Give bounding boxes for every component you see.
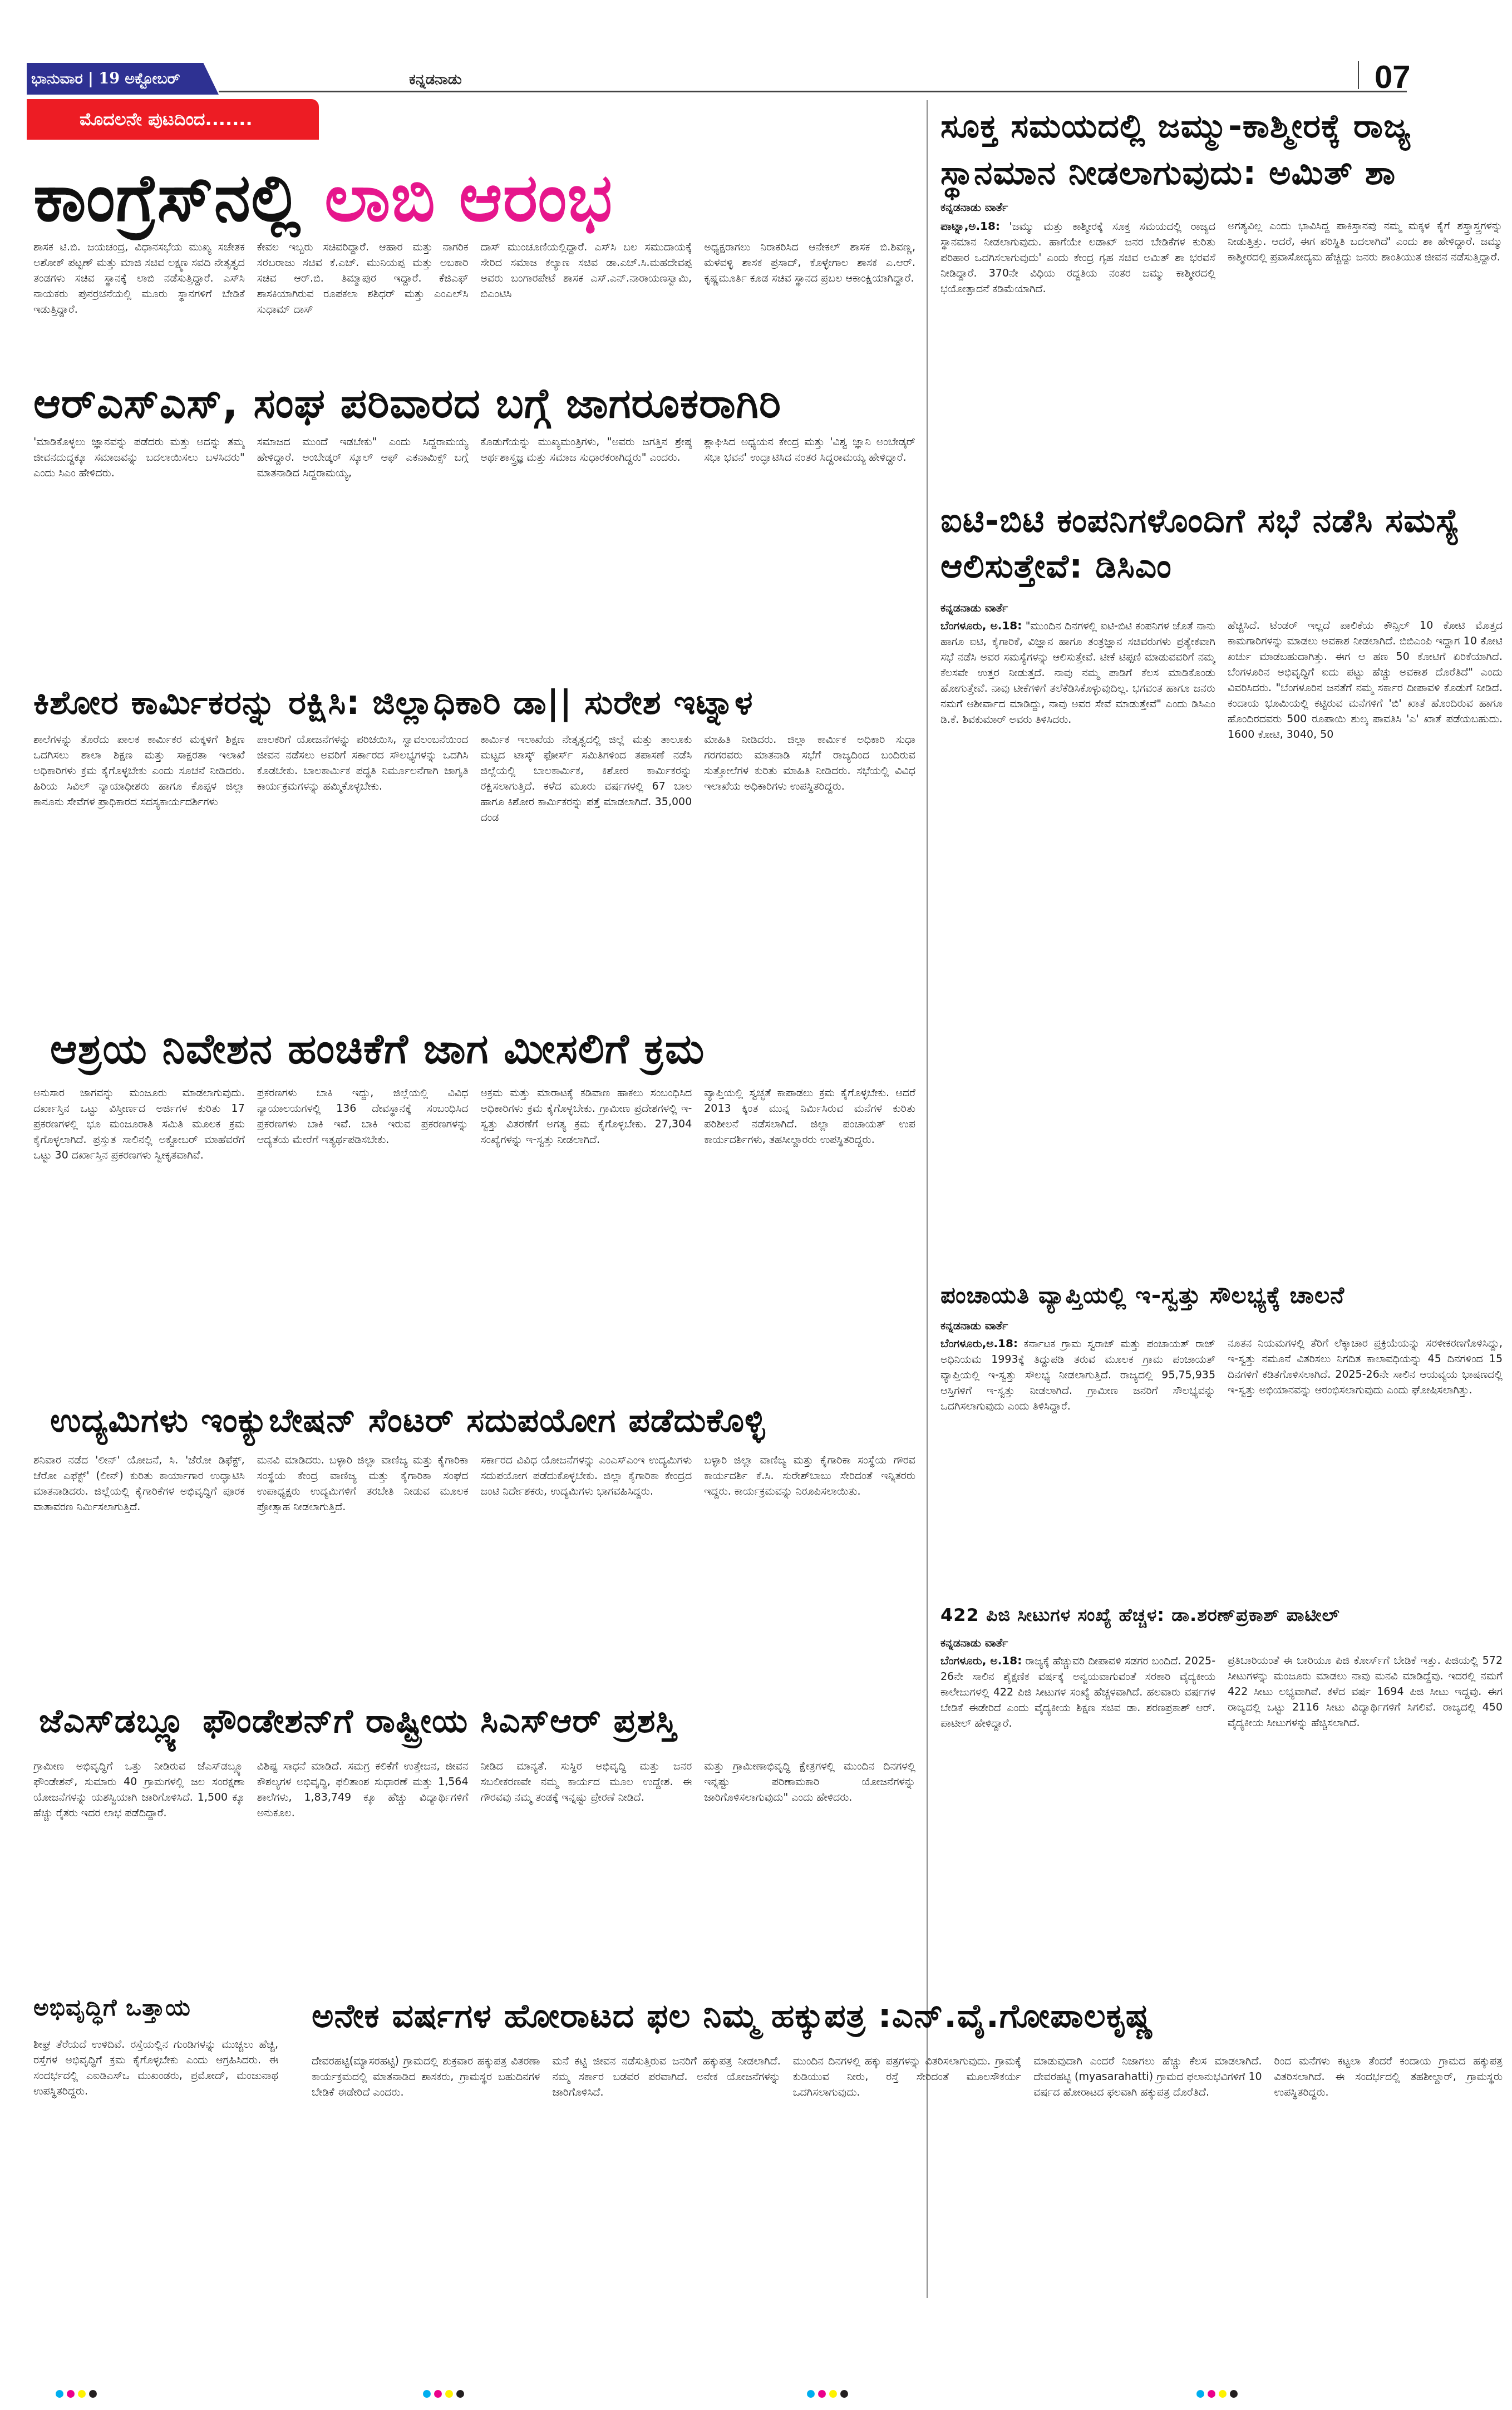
- amit-shah-col-1: ಪಾಟ್ನಾ,ಅ.18: 'ಜಮ್ಮು ಮತ್ತು ಕಾಶ್ಮೀರಕ್ಕೆ ಸೂ…: [940, 218, 1215, 463]
- lead-headline: ಕಾಂಗ್ರೆಸ್‌ನಲ್ಲಿ ಲಾಬಿ ಆರಂಭ: [33, 159, 613, 236]
- kishora-headline: ಕಿಶೋರ ಕಾರ್ಮಿಕರನ್ನು ರಕ್ಷಿಸಿ: ಜಿಲ್ಲಾಧಿಕಾರಿ…: [33, 682, 753, 724]
- pg-seats-headline: 422 ಪಿಜಿ ಸೀಟುಗಳ ಸಂಖ್ಯೆ ಹೆಚ್ಚಳ: ಡಾ.ಶರಣ್‌ಪ…: [940, 1603, 1340, 1627]
- print-registration-dots-right: [1196, 2390, 1238, 2401]
- dcm-article-body: ಬೆಂಗಳೂರು, ಅ.18: "ಮುಂದಿನ ದಿನಗಳಲ್ಲಿ ಐಟಿ-ಬಿ…: [940, 618, 1503, 1274]
- hakku-col-1: ದೇವರಹಟ್ಟಿ(ಮ್ಯಾಸರಹಟ್ಟಿ) ಗ್ರಾಮದಲ್ಲಿ ಶುಕ್ರವ…: [312, 2053, 540, 2382]
- amit-shah-byline: ಕನ್ನಡನಾಡು ವಾರ್ತೆ: [940, 200, 1503, 214]
- pg-seats-byline-text: ಕನ್ನಡನಾಡು ವಾರ್ತೆ: [940, 1636, 1008, 1649]
- cyan-dot: [423, 2390, 431, 2398]
- rss-col-2: ಸಮಾಜದ ಮುಂದೆ ಇಡಬೇಕು" ಎಂದು ಸಿದ್ದರಾಮಯ್ಯ ಹೇಳ…: [257, 434, 469, 673]
- incubation-col-3: ಸರ್ಕಾರದ ವಿವಿಧ ಯೋಜನೆಗಳನ್ನು ಎಂಎಸ್‌ಎಂಇ ಉದ್ಯ…: [481, 1452, 692, 1697]
- magenta-dot: [434, 2390, 442, 2398]
- pg-seats-dateline: ಬೆಂಗಳೂರು, ಅ.18:: [940, 1654, 1022, 1667]
- panchayat-col-2: ನೂತನ ನಿಯಮಗಳಲ್ಲಿ ತೆರಿಗೆ ಲೆಕ್ಕಾಚಾರ ಪ್ರಕ್ರಿ…: [1228, 1335, 1503, 1591]
- panchayat-article-body: ಬೆಂಗಳೂರು,ಅ.18: ಕರ್ನಾಟಕ ಗ್ರಾಮ ಸ್ವರಾಜ್ ಮತ್…: [940, 1335, 1503, 1591]
- rss-headline: ಆರ್‌ಎಸ್‌ಎಸ್, ಸಂಘ ಪರಿವಾರದ ಬಗ್ಗೆ ಜಾಗರೂಕರಾಗ…: [33, 378, 781, 428]
- ashraya-headline: ಆಶ್ರಯ ನಿವೇಶನ ಹಂಚಿಕೆಗೆ ಜಾಗ ಮೀಸಲಿಗೆ ಕ್ರಮ: [50, 1024, 705, 1074]
- rss-col-1: 'ಮಾಡಿಕೊಳ್ಳಲು ಜ್ಞಾನವನ್ನು ಪಡೆದರು ಮತ್ತು ಅದನ…: [33, 434, 245, 673]
- kishora-col-4: ಮಾಹಿತಿ ನೀಡಿದರು. ಜಿಲ್ಲಾ ಕಾರ್ಮಿಕ ಅಧಿಕಾರಿ ಸ…: [704, 732, 915, 1010]
- ashraya-col-2: ಪ್ರಕರಣಗಳು ಬಾಕಿ ಇದ್ದು, ಜಿಲ್ಲೆಯಲ್ಲಿ ವಿವಿಧ …: [257, 1085, 469, 1386]
- panchayat-byline: ಕನ್ನಡನಾಡು ವಾರ್ತೆ: [940, 1319, 1503, 1332]
- dcm-col-1-text: "ಮುಂದಿನ ದಿನಗಳಲ್ಲಿ ಐಟಿ-ಬಿಟಿ ಕಂಪನಿಗಳ ಜೊತೆ …: [940, 620, 1215, 726]
- jsw-col-1: ಗ್ರಾಮೀಣ ಅಭಿವೃದ್ಧಿಗೆ ಒತ್ತು ನೀಡಿರುವ ಜೆಎಸ್‌…: [33, 1758, 245, 1975]
- amit-shah-article-body: ಪಾಟ್ನಾ,ಅ.18: 'ಜಮ್ಮು ಮತ್ತು ಕಾಶ್ಮೀರಕ್ಕೆ ಸೂ…: [940, 218, 1503, 463]
- panchayat-byline-text: ಕನ್ನಡನಾಡು ವಾರ್ತೆ: [940, 1319, 1008, 1332]
- pg-seats-article-body: ಬೆಂಗಳೂರು, ಅ.18: ರಾಜ್ಯಕ್ಕೆ ಹೆಚ್ಚುವರಿ ದೀಪಾ…: [940, 1653, 1503, 1975]
- kishora-col-3: ಕಾರ್ಮಿಕ ಇಲಾಖೆಯ ನೇತೃತ್ವದಲ್ಲಿ ಜಿಲ್ಲೆ ಮತ್ತು…: [481, 732, 692, 1010]
- lead-col-3: ದಾಸ್ ಮುಂಚೂಣಿಯಲ್ಲಿದ್ದಾರೆ. ಎಸ್‌ಸಿ ಬಲ ಸಮುದಾ…: [481, 239, 692, 367]
- lead-col-2: ಕೇವಲ ಇಬ್ಬರು ಸಚಿವರಿದ್ದಾರೆ. ಆಹಾರ ಮತ್ತು ನಾಗ…: [257, 239, 469, 367]
- panchayat-dateline: ಬೆಂಗಳೂರು,ಅ.18:: [940, 1337, 1018, 1350]
- hakku-article-body: ದೇವರಹಟ್ಟಿ(ಮ್ಯಾಸರಹಟ್ಟಿ) ಗ್ರಾಮದಲ್ಲಿ ಶುಕ್ರವ…: [312, 2053, 1503, 2382]
- incubation-article-body: ಶನಿವಾರ ನಡೆದ 'ಲೀನ್' ಯೋಜನೆ, ಸಿ. 'ಜೆರೋ ಡಿಫೆ…: [33, 1452, 915, 1697]
- page-number-divider: [1358, 61, 1359, 89]
- lead-headline-black: ಕಾಂಗ್ರೆಸ್‌ನಲ್ಲಿ: [33, 159, 301, 236]
- amit-shah-col-2: ಅಗತ್ಯವಿಲ್ಲ ಎಂದು ಭಾವಿಸಿದ್ದ ಪಾಕಿಸ್ತಾನವು ನಮ…: [1228, 218, 1503, 463]
- cyan-dot: [807, 2390, 815, 2398]
- print-registration-dots-mid2: [807, 2390, 848, 2401]
- masthead-logo: ಕನ್ನಡನಾಡು: [409, 71, 462, 88]
- lead-article-body: ಶಾಸಕ ಟಿ.ಬಿ. ಜಯಚಂದ್ರ, ವಿಧಾನಸಭೆಯ ಮುಖ್ಯ ಸಚೇ…: [33, 239, 915, 367]
- incubation-col-4: ಬಳ್ಳಾರಿ ಜಿಲ್ಲಾ ವಾಣಿಜ್ಯ ಮತ್ತು ಕೈಗಾರಿಕಾ ಸಂ…: [704, 1452, 915, 1697]
- ashraya-col-3: ಅಕ್ರಮ ಮತ್ತು ಮಾರಾಟಕ್ಕೆ ಕಡಿವಾಣ ಹಾಕಲು ಸಂಬಂಧ…: [481, 1085, 692, 1386]
- dcm-byline-text: ಕನ್ನಡನಾಡು ವಾರ್ತೆ: [940, 601, 1008, 614]
- ashraya-article-body: ಅನುಸಾರ ಜಾಗವನ್ನು ಮಂಜೂರು ಮಾಡಲಾಗುವುದು. ದರ್ಖ…: [33, 1085, 915, 1386]
- magenta-dot: [67, 2390, 75, 2398]
- cyan-dot: [56, 2390, 63, 2398]
- abhivruddhi-headline: ಅಭಿವೃದ್ಧಿಗೆ ಒತ್ತಾಯ: [33, 1992, 191, 2023]
- hakku-col-2: ಮನೆ ಕಟ್ಟಿ ಜೀವನ ನಡೆಸುತ್ತಿರುವ ಜನರಿಗೆ ಹಕ್ಕು…: [552, 2053, 780, 2382]
- page-number: 07: [1375, 58, 1411, 96]
- kishora-col-1: ಶಾಲೆಗಳನ್ನು ತೊರೆದು ಪಾಲಕ ಕಾರ್ಮಿಕರ ಮಕ್ಕಳಿಗೆ…: [33, 732, 245, 1010]
- incubation-col-1: ಶನಿವಾರ ನಡೆದ 'ಲೀನ್' ಯೋಜನೆ, ಸಿ. 'ಜೆರೋ ಡಿಫೆ…: [33, 1452, 245, 1697]
- jsw-col-4: ಮತ್ತು ಗ್ರಾಮೀಣಾಭಿವೃದ್ಧಿ ಕ್ಷೇತ್ರಗಳಲ್ಲಿ ಮುಂ…: [704, 1758, 915, 1975]
- pg-seats-byline: ಕನ್ನಡನಾಡು ವಾರ್ತೆ: [940, 1636, 1503, 1649]
- jsw-article-body: ಗ್ರಾಮೀಣ ಅಭಿವೃದ್ಧಿಗೆ ಒತ್ತು ನೀಡಿರುವ ಜೆಎಸ್‌…: [33, 1758, 915, 1975]
- rss-col-3: ಕೊಡುಗೆಯನ್ನು ಮುಖ್ಯಮಂತ್ರಿಗಳು, "ಅವರು ಜಗತ್ತಿ…: [481, 434, 692, 673]
- abhivruddhi-body: ಶೀಘ್ರ ತೆರೆಯದೆ ಉಳಿದಿವೆ. ರಸ್ತೆಯಲ್ಲಿನ ಗುಂಡಿ…: [33, 2037, 278, 2382]
- print-registration-dots-left: [56, 2390, 97, 2401]
- cyan-dot: [1196, 2390, 1204, 2398]
- hakku-col-5: ರಿಂದ ಮನೆಗಳು ಕಟ್ಟಲಾ ತೆಂದರೆ ಕಂದಾಯ ಗ್ರಾಮದ ಹ…: [1274, 2053, 1503, 2382]
- dcm-col-2: ಹೆಚ್ಚಿಸಿದೆ. ಟೆಂಡರ್ ಇಲ್ಲದೆ ಪಾಲಿಕೆಯ ಕೌನ್ಸಿ…: [1228, 618, 1503, 1274]
- ashraya-col-4: ವ್ಯಾಪ್ತಿಯಲ್ಲಿ ಸ್ವಚ್ಛತೆ ಕಾಪಾಡಲು ಕ್ರಮ ಕೈಗೊ…: [704, 1085, 915, 1386]
- hakku-col-4: ಮಾಡುವುದಾಗಿ ಎಂದರೆ ನಿಜಾಗಲು ಹೆಚ್ಚು ಕೆಲಸ ಮಾಡ…: [1033, 2053, 1262, 2382]
- amit-shah-headline: ಸೂಕ್ತ ಸಮಯದಲ್ಲಿ ಜಮ್ಮು-ಕಾಶ್ಮೀರಕ್ಕೆ ರಾಜ್ಯ ಸ…: [940, 103, 1503, 196]
- ashraya-col-1: ಅನುಸಾರ ಜಾಗವನ್ನು ಮಂಜೂರು ಮಾಡಲಾಗುವುದು. ದರ್ಖ…: [33, 1085, 245, 1386]
- print-registration-dots-mid1: [423, 2390, 464, 2401]
- dcm-headline: ಐಟಿ-ಬಿಟಿ ಕಂಪನಿಗಳೊಂದಿಗೆ ಸಭೆ ನಡೆಸಿ ಸಮಸ್ಯೆ …: [940, 498, 1503, 589]
- panchayat-headline: ಪಂಚಾಯತಿ ವ್ಯಾಪ್ತಿಯಲ್ಲಿ ಇ-ಸ್ವತ್ತು ಸೌಲಭ್ಯಕ್…: [940, 1280, 1344, 1311]
- yellow-dot: [829, 2390, 837, 2398]
- black-dot: [89, 2390, 97, 2398]
- header-rule: [219, 91, 1407, 92]
- panchayat-col-1: ಬೆಂಗಳೂರು,ಅ.18: ಕರ್ನಾಟಕ ಗ್ರಾಮ ಸ್ವರಾಜ್ ಮತ್…: [940, 1335, 1215, 1591]
- magenta-dot: [818, 2390, 826, 2398]
- dcm-byline: ಕನ್ನಡನಾಡು ವಾರ್ತೆ: [940, 601, 1503, 614]
- jsw-headline: ಜೆಎಸ್‌ಡಬ್ಲ್ಯೂ ಫೌಂಡೇಶನ್‌ಗೆ ರಾಷ್ಟ್ರೀಯ ಸಿಎಸ…: [39, 1700, 677, 1742]
- date-banner: ಭಾನುವಾರ | 19 ಅಕ್ಟೋಬರ್ 2025: [27, 63, 219, 95]
- incubation-col-2: ಮನವಿ ಮಾಡಿದರು. ಬಳ್ಳಾರಿ ಜಿಲ್ಲಾ ವಾಣಿಜ್ಯ ಮತ್…: [257, 1452, 469, 1697]
- amit-shah-dateline: ಪಾಟ್ನಾ,ಅ.18:: [940, 219, 1000, 233]
- magenta-dot: [1208, 2390, 1215, 2398]
- incubation-headline: ಉದ್ಯಮಿಗಳು ಇಂಕ್ಯುಬೇಷನ್ ಸೆಂಟರ್ ಸದುಪಯೋಗ ಪಡೆ…: [50, 1399, 765, 1442]
- pg-seats-col-1: ಬೆಂಗಳೂರು, ಅ.18: ರಾಜ್ಯಕ್ಕೆ ಹೆಚ್ಚುವರಿ ದೀಪಾ…: [940, 1653, 1215, 1975]
- lead-col-1: ಶಾಸಕ ಟಿ.ಬಿ. ಜಯಚಂದ್ರ, ವಿಧಾನಸಭೆಯ ಮುಖ್ಯ ಸಚೇ…: [33, 239, 245, 367]
- rss-col-4: ಶ್ಲಾಘಿಸಿದ ಅಧ್ಯಯನ ಕೇಂದ್ರ ಮತ್ತು 'ವಿಶ್ವ ಜ್ಞ…: [704, 434, 915, 673]
- yellow-dot: [445, 2390, 453, 2398]
- kishora-article-body: ಶಾಲೆಗಳನ್ನು ತೊರೆದು ಪಾಲಕ ಕಾರ್ಮಿಕರ ಮಕ್ಕಳಿಗೆ…: [33, 732, 915, 1010]
- hakku-col-3: ಮುಂದಿನ ದಿನಗಳಲ್ಲಿ ಹಕ್ಕು ಪತ್ರಗಳನ್ನು ವಿತರಿಸ…: [793, 2053, 1021, 2382]
- column-divider: [927, 100, 928, 2298]
- pg-seats-col-2: ಪ್ರತಿಬಾರಿಯಂತೆ ಈ ಬಾರಿಯೂ ಪಿಜಿ ಕೋರ್ಸ್‌ಗೆ ಬೇ…: [1228, 1653, 1503, 1975]
- dcm-dateline: ಬೆಂಗಳೂರು, ಅ.18:: [940, 619, 1022, 632]
- yellow-dot: [78, 2390, 86, 2398]
- rss-article-body: 'ಮಾಡಿಕೊಳ್ಳಲು ಜ್ಞಾನವನ್ನು ಪಡೆದರು ಮತ್ತು ಅದನ…: [33, 434, 915, 673]
- black-dot: [456, 2390, 464, 2398]
- jsw-col-3: ನೀಡಿದ ಮಾನ್ಯತೆ. ಸುಸ್ಥಿರ ಅಭಿವೃದ್ಧಿ ಮತ್ತು ಜ…: [481, 1758, 692, 1975]
- lead-headline-pink: ಲಾಬಿ ಆರಂಭ: [324, 159, 613, 236]
- lead-col-4: ಅಧ್ಯಕ್ಷರಾಗಲು ನಿರಾಕರಿಸಿದ ಆನೇಕಲ್ ಶಾಸಕ ಬಿ.ಶ…: [704, 239, 915, 367]
- kishora-col-2: ಪಾಲಕರಿಗೆ ಯೋಜನೆಗಳನ್ನು ಪರಿಚಯಿಸಿ, ಸ್ವಾವಲಂಬನ…: [257, 732, 469, 1010]
- hakku-headline: ಅನೇಕ ವರ್ಷಗಳ ಹೋರಾಟದ ಫಲ ನಿಮ್ಮ ಹಕ್ಕುಪತ್ರ :ಎ…: [312, 1995, 1154, 2037]
- continued-from-front-tag: ಮೊದಲನೇ ಪುಟದಿಂದ.......: [27, 99, 319, 140]
- black-dot: [840, 2390, 848, 2398]
- yellow-dot: [1219, 2390, 1227, 2398]
- jsw-col-2: ವಿಶಿಷ್ಟ ಸಾಧನೆ ಮಾಡಿದೆ. ಸಮಗ್ರ ಕಲಿಕೆಗೆ ಉತ್ತ…: [257, 1758, 469, 1975]
- dcm-col-1: ಬೆಂಗಳೂರು, ಅ.18: "ಮುಂದಿನ ದಿನಗಳಲ್ಲಿ ಐಟಿ-ಬಿ…: [940, 618, 1215, 1274]
- black-dot: [1230, 2390, 1238, 2398]
- amit-shah-byline-text: ಕನ್ನಡನಾಡು ವಾರ್ತೆ: [940, 200, 1008, 214]
